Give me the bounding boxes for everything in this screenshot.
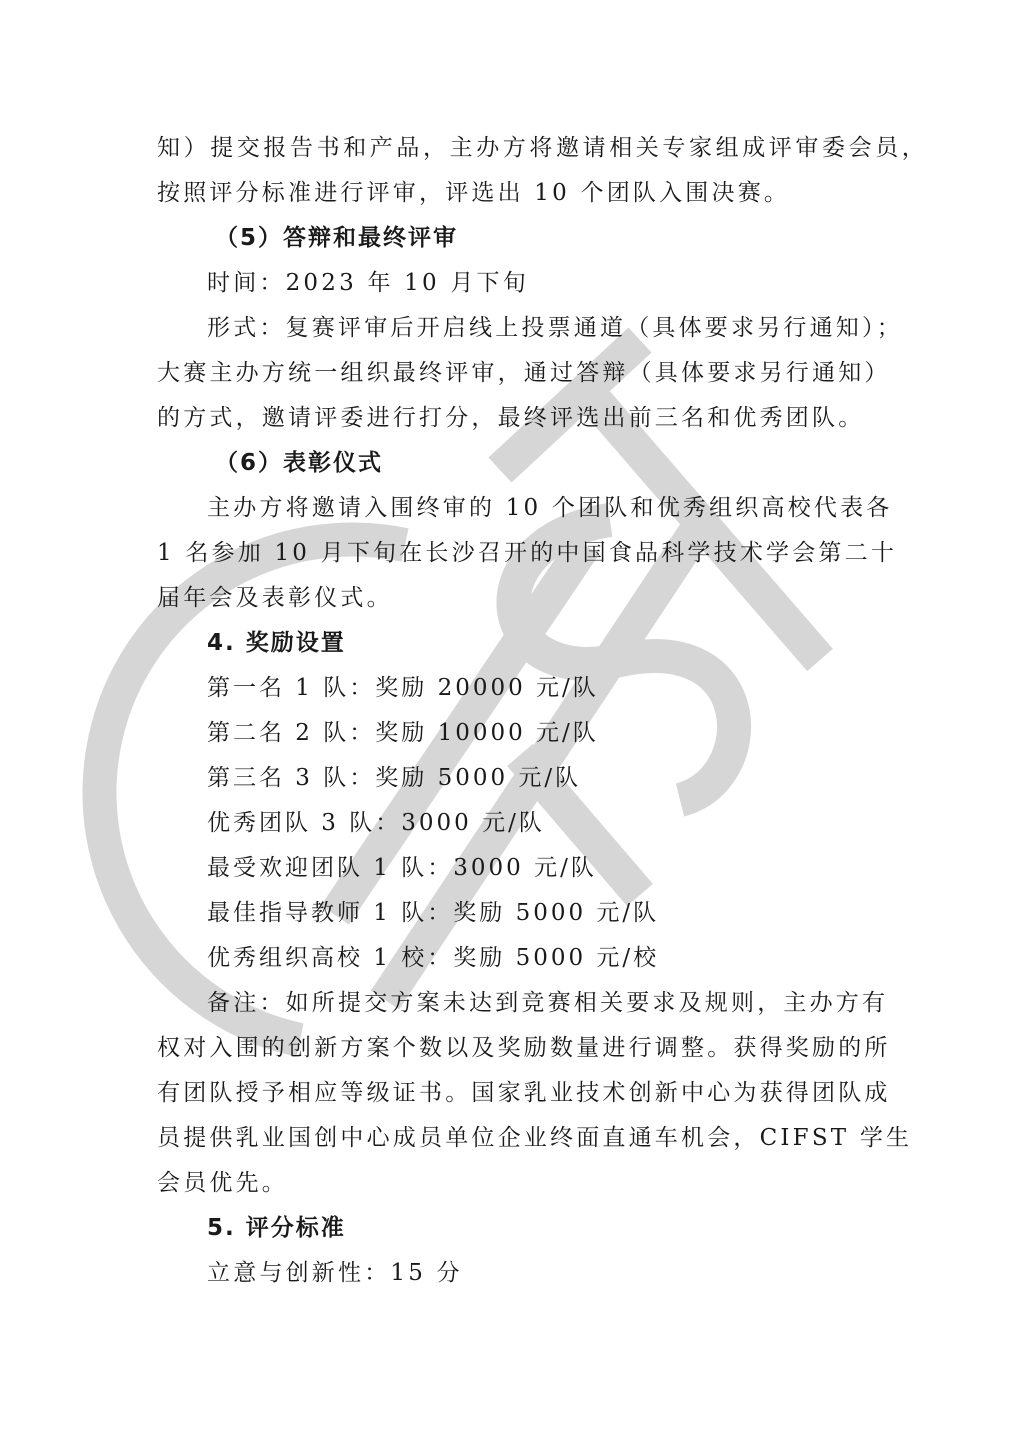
awards-note-line: 权对入围的创新方案个数以及奖励数量进行调整。获得奖励的所 bbox=[157, 1026, 869, 1071]
paragraph-line: 主办方将邀请入围终审的 10 个团队和优秀组织高校代表各 bbox=[157, 486, 869, 531]
scoring-item: 立意与创新性：15 分 bbox=[157, 1251, 869, 1296]
award-item: 第二名 2 队：奖励 10000 元/队 bbox=[157, 711, 869, 756]
paragraph-line: 1 名参加 10 月下旬在长沙召开的中国食品科学技术学会第二十 bbox=[157, 531, 869, 576]
award-item: 第三名 3 队：奖励 5000 元/队 bbox=[157, 756, 869, 801]
section-heading-ceremony: （6）表彰仪式 bbox=[157, 441, 869, 486]
awards-note-line: 员提供乳业国创中心成员单位企业终面直通车机会，CIFST 学生 bbox=[157, 1116, 869, 1161]
awards-note-line: 会员优先。 bbox=[157, 1161, 869, 1206]
award-item: 第一名 1 队：奖励 20000 元/队 bbox=[157, 666, 869, 711]
paragraph-line: 知）提交报告书和产品，主办方将邀请相关专家组成评审委会员， bbox=[157, 126, 869, 171]
document-page: 知）提交报告书和产品，主办方将邀请相关专家组成评审委会员， 按照评分标准进行评审… bbox=[157, 126, 869, 1296]
paragraph-line: 按照评分标准进行评审，评选出 10 个团队入围决赛。 bbox=[157, 171, 869, 216]
section-heading-defense: （5）答辩和最终评审 bbox=[157, 216, 869, 261]
award-item: 优秀团队 3 队：3000 元/队 bbox=[157, 801, 869, 846]
awards-note-line: 有团队授予相应等级证书。国家乳业技术创新中心为获得团队成 bbox=[157, 1071, 869, 1116]
section-heading-awards: 4. 奖励设置 bbox=[157, 621, 869, 666]
awards-note-line: 备注：如所提交方案未达到竞赛相关要求及规则，主办方有 bbox=[157, 981, 869, 1026]
defense-time: 时间：2023 年 10 月下旬 bbox=[157, 261, 869, 306]
paragraph-line: 形式：复赛评审后开启线上投票通道（具体要求另行通知）； bbox=[157, 306, 869, 351]
section-heading-scoring: 5. 评分标准 bbox=[157, 1206, 869, 1251]
paragraph-line: 大赛主办方统一组织最终评审，通过答辩（具体要求另行通知） bbox=[157, 351, 869, 396]
award-item: 优秀组织高校 1 校：奖励 5000 元/校 bbox=[157, 936, 869, 981]
paragraph-line: 的方式，邀请评委进行打分，最终评选出前三名和优秀团队。 bbox=[157, 396, 869, 441]
paragraph-line: 届年会及表彰仪式。 bbox=[157, 576, 869, 621]
award-item: 最佳指导教师 1 队：奖励 5000 元/队 bbox=[157, 891, 869, 936]
award-item: 最受欢迎团队 1 队：3000 元/队 bbox=[157, 846, 869, 891]
